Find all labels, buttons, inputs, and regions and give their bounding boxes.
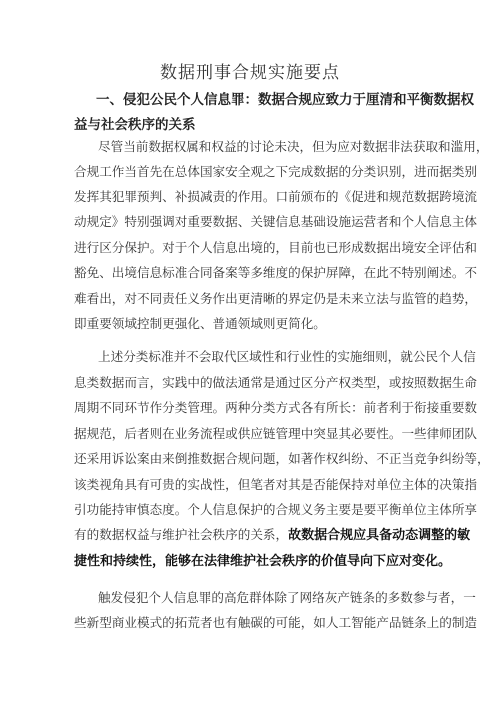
section-heading: 一、侵犯公民个人信息罪：数据合规应致力于厘清和平衡数据权 益与社会秩序的关系 bbox=[74, 88, 434, 138]
paragraph-2-line-6: 该类视角具有可贵的实战性，但笔者对其是否能保持对单位主体的决策指 bbox=[74, 474, 477, 493]
paragraph-2-emphasis-start: 故数据合规应具备动态调整的敏 bbox=[288, 528, 470, 543]
document-title: 数据刑事合规实施要点 bbox=[0, 58, 500, 83]
paragraph-2-line-5: 还采用诉讼案由来倒推数据合规问题，如著作权纠纷、不正当竞争纠纷等， bbox=[74, 448, 490, 467]
paragraph-1-line-5: 进行区分保护。对于个人信息出境的，目前也已形成数据出境安全评估和 bbox=[74, 237, 477, 256]
paragraph-1-line-8: 即重要领域控制更强化、普通领域则更简化。 bbox=[74, 313, 326, 332]
paragraph-3-line-1: 触发侵犯个人信息罪的高危群体除了网络灰产链条的多数参与者，一 bbox=[98, 587, 476, 606]
paragraph-2-line-2: 息类数据而言，实践中的做法通常是通过区分产权类型，或按照数据生命 bbox=[74, 372, 477, 391]
paragraph-1-line-2: 合规工作当首先在总体国家安全观之下完成数据的分类识别，进而据类别 bbox=[74, 161, 477, 180]
paragraph-1-line-1: 尽管当前数据权属和权益的讨论未决，但为应对数据非法获取和滥用， bbox=[98, 136, 488, 155]
section-heading-line-1: 一、侵犯公民个人信息罪：数据合规应致力于厘清和平衡数据权 bbox=[74, 88, 434, 113]
paragraph-2-line-8-plain: 有的数据权益与维护社会秩序的关系， bbox=[74, 527, 288, 542]
document-page: 数据刑事合规实施要点 一、侵犯公民个人信息罪：数据合规应致力于厘清和平衡数据权 … bbox=[0, 0, 500, 707]
paragraph-2-line-1: 上述分类标准并不会取代区域性和行业性的实施细则，就公民个人信 bbox=[98, 346, 476, 365]
paragraph-2-emphasis-continuation: 捷性和持续性，能够在法律维护社会秩序的价值导向下应对变化。 bbox=[74, 550, 451, 569]
paragraph-2-line-7: 引功能持审慎态度。个人信息保护的合规义务主要是要平衡单位主体所享 bbox=[74, 499, 477, 518]
paragraph-1-line-3: 发挥其犯罪预判、补损减责的作用。口前颁布的《促进和规范数据跨境流 bbox=[74, 186, 477, 205]
paragraph-2-line-8: 有的数据权益与维护社会秩序的关系，故数据合规应具备动态调整的敏 bbox=[74, 524, 470, 543]
paragraph-2-line-3: 周期不同环节作分类管理。两种分类方式各有所长：前者利于衔接重要数 bbox=[74, 397, 477, 416]
paragraph-3-line-2: 些新型商业模式的拓荒者也有触碳的可能，如人工智能产品链条上的制造 bbox=[74, 612, 477, 631]
paragraph-1-line-6: 豁免、出境信息标准合同备案等多维度的保护屏障，在此不特别阐述。不 bbox=[74, 262, 477, 281]
paragraph-1-line-4: 动规定》特别强调对重要数据、关键信息基础设施运营者和个人信息主体 bbox=[74, 211, 477, 230]
paragraph-1-line-7: 难看出，对不同责任义务作出更清晰的界定仍是未来立法与监管的趋势， bbox=[74, 288, 477, 307]
paragraph-2-line-4: 据规范，后者则在业务流程或供应链管理中突显其必要性。一些律师团队 bbox=[74, 423, 477, 442]
section-heading-line-2: 益与社会秩序的关系 bbox=[52, 113, 434, 138]
